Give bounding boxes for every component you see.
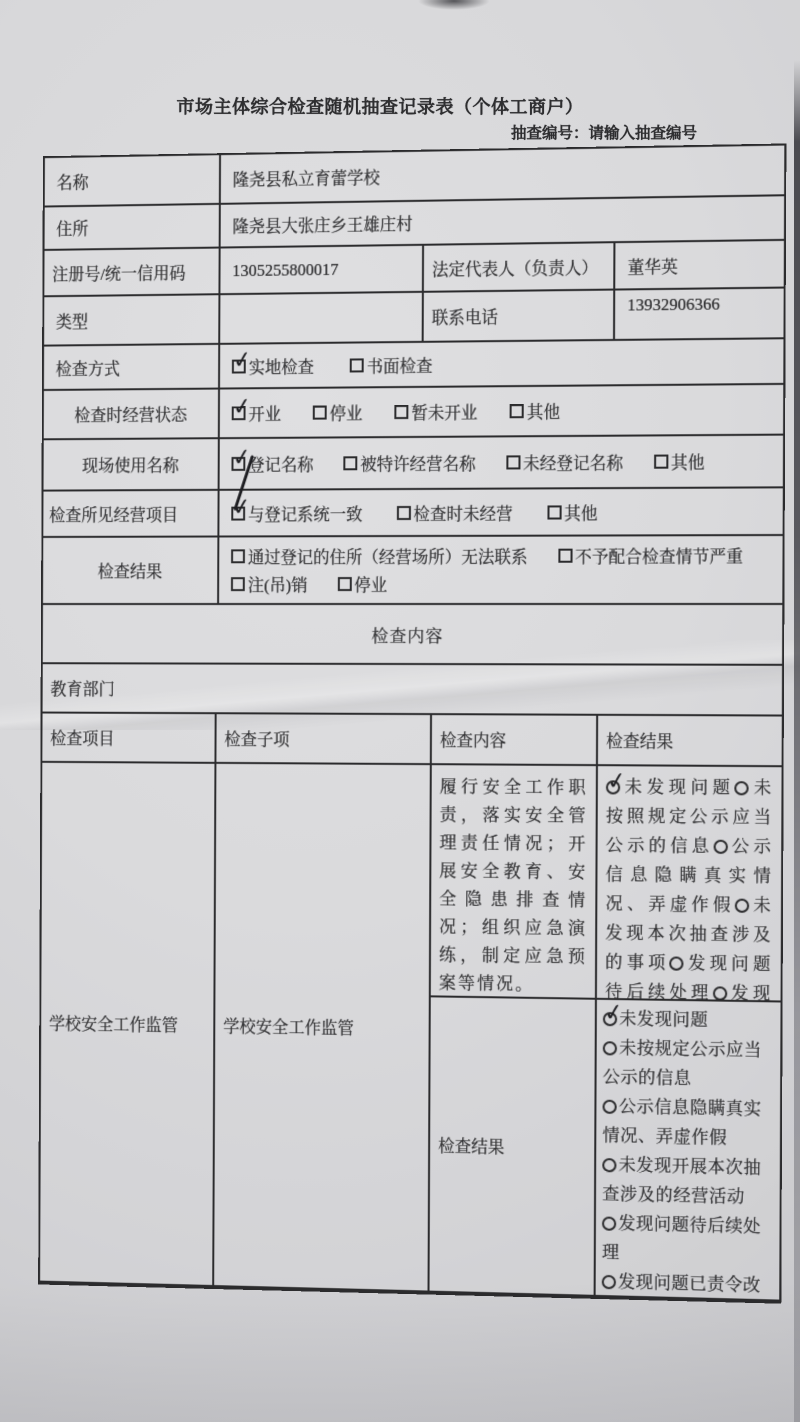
result-bottom-cell: ✓未发现问题 ✓未按规定公示应当公示的信息 ✓公示信息隐瞒真实情况、弄虚作假 ✓… [596,1000,781,1300]
checkbox-icon: ✓ [232,406,246,420]
row-check-method: 检查方式 ✓实地检查 ✓书面检查 [44,339,784,391]
header-text: 检查项目 [50,725,114,749]
field-name-value: 隆尧县私立育蕾学校 [221,146,785,203]
value-text: 1305255800017 [232,259,338,280]
row-name-in-use: 现场使用名称 ✓登记名称 ✓被特许经营名称 ✓未经登记名称 ✓其他 [43,436,783,492]
business-items-options: ✓与登记系统一致 ✓检查时未经营 ✓其他 [219,488,782,535]
radio-circle-icon: ✓ [735,899,749,913]
field-type-value [220,293,424,343]
checkbox-icon: ✓ [232,359,246,373]
result-label-cell: 检查结果 [430,997,595,1294]
checkbox-option-unreachable: ✓通过登记的住所（经营场所）无法联系 [231,544,528,569]
radio-label: 发现问题待后续处理 [602,1214,761,1262]
content-text: 履行安全工作职责，落实安全管理责任情况；开展安全教育、安全隐患排查情况；组织应急… [439,777,588,994]
result-label-text: 检查结果 [438,1132,504,1157]
checkbox-icon: ✓ [396,505,410,519]
overall-result-options: ✓通过登记的住所（经营场所）无法联系 ✓不予配合检查情节严重 ✓注(吊)销 ✓停… [219,536,783,603]
paper-shadow [0,1282,800,1422]
label-text: 类型 [56,309,88,333]
field-regno-value: 1305255800017 [220,246,424,293]
checkbox-option-not-operating: ✓检查时未经营 [396,500,512,524]
checkbox-option-franchise-name: ✓被特许经营名称 [343,451,475,476]
label-text: 现场使用名称 [82,452,179,476]
checkbox-icon: ✓ [337,577,351,591]
radio-option: ✓未发现开展本次抽查涉及的经营活动 [602,1150,774,1212]
value-text: 隆尧县大张庄乡王雄庄村 [232,211,412,238]
checkbox-option-notopen: ✓暂未开业 [394,399,477,424]
row-table-headers: 检查项目 检查子项 检查内容 检查结果 [42,714,781,768]
photo-smudge [418,0,490,10]
serial-number: 抽查编号：请输入抽查编号 [511,121,697,143]
field-type-label: 类型 [44,295,220,344]
field-legalrep-label: 法定代表人（负责人） [424,243,616,291]
label-text: 检查所见经营项目 [49,501,178,525]
result-top-cell: ✓未发现问题✓未按照规定公示应当公示的信息✓公示信息隐瞒真实情况、弄虚作假✓未发… [597,766,782,1002]
checkbox-icon: ✓ [394,405,408,419]
header-check-item: 检查项目 [42,714,216,762]
name-in-use-label: 现场使用名称 [44,439,220,489]
checkbox-option-deregistered: ✓注(吊)销 [231,572,308,596]
label-text: 名称 [56,169,88,193]
options-group: ✓实地检查 ✓书面检查 [232,352,433,378]
radio-circle-icon: ✓ [603,1041,617,1055]
item-text: 学校安全工作监管 [49,1010,178,1036]
radio-circle-icon: ✓ [713,840,727,854]
radio-circle-icon: ✓ [735,781,749,795]
options-group: ✓登记名称 ✓被特许经营名称 ✓未经登记名称 ✓其他 [231,449,704,476]
checkbox-icon: ✓ [350,358,364,372]
checkbox-label: 检查时未经营 [413,500,512,524]
checkbox-option-other: ✓其他 [547,500,598,524]
checkbox-label: 与登记系统一致 [248,501,363,525]
checkbox-option-suspended: ✓停业 [337,572,387,596]
radio-option: ✓未发现问题 [606,777,735,797]
form-title: 市场主体综合检查随机抽查记录表（个体工商户） [0,93,760,119]
business-items-label: 检查所见经营项目 [43,491,219,536]
radio-label: 发现问题已责令改 [618,1272,761,1295]
row-overall-result: 检查结果 ✓通过登记的住所（经营场所）无法联系 ✓不予配合检查情节严重 ✓注(吊… [43,536,783,605]
field-address-value: 隆尧县大张庄乡王雄庄村 [221,196,784,246]
pen-check-mark: ✓ [231,395,253,420]
checkbox-label: 暂未开业 [411,399,477,424]
value-text: 13932906366 [627,294,720,315]
radio-label: 未发现问题 [622,777,735,797]
pen-check-mark: ✓ [606,769,631,795]
row-content-header: 检查内容 [43,605,783,666]
radio-label: 未发现问题 [619,1009,708,1030]
radio-label: 未发现开展本次抽查涉及的经营活动 [602,1155,761,1206]
label-text: 检查方式 [56,355,120,379]
checkbox-icon: ✓ [231,549,245,563]
header-text: 检查子项 [224,726,289,750]
pen-check-mark: ✓ [232,348,254,373]
checkbox-label: 注(吊)销 [248,572,308,596]
radio-circle-icon: ✓ [603,1012,617,1026]
inspection-form-table: 名称 隆尧县私立育蕾学校 住所 隆尧县大张庄乡王雄庄村 注册号/统一信用码 13… [38,143,786,1303]
checkbox-icon: ✓ [654,455,668,469]
checkbox-option-noncooperation: ✓不予配合检查情节严重 [558,543,743,568]
field-name-label: 名称 [45,155,221,205]
subitem-text: 学校安全工作监管 [223,1013,354,1039]
check-content-column: 履行安全工作职责，落实安全管理责任情况；开展安全教育、安全隐患排查情况；组织应急… [430,765,598,1295]
photo-edge-shadow [794,60,800,1422]
radio-circle-icon: ✓ [606,780,620,794]
checkbox-icon: ✓ [231,457,245,471]
checkbox-label: 登记名称 [248,452,313,476]
header-text: 检查内容 [440,727,506,751]
checkbox-icon: ✓ [343,456,357,470]
radio-label: 公示信息隐瞒真实情况、弄虚作假 [602,1097,761,1148]
checkbox-option-consistent: ✓与登记系统一致 [231,501,362,525]
checkbox-label: 其他 [527,399,560,423]
operating-status-options: ✓开业 ✓停业 ✓暂未开业 ✓其他 [220,385,783,437]
document-photo: 市场主体综合检查随机抽查记录表（个体工商户） 抽查编号：请输入抽查编号 名称 隆… [0,0,800,1422]
overall-result-label: 检查结果 [43,537,219,603]
check-item-cell: 学校安全工作监管 [40,763,216,1285]
name-in-use-options: ✓登记名称 ✓被特许经营名称 ✓未经登记名称 ✓其他 [220,436,783,489]
header-check-subitem: 检查子项 [216,714,432,763]
checkbox-label: 未经登记名称 [523,450,623,475]
radio-label: 未按规定公示应当公示的信息 [603,1038,762,1088]
department-cell: 教育部门 [43,664,782,714]
label-text: 注册号/统一信用码 [52,259,186,284]
checkbox-label: 实地检查 [249,353,314,377]
checkbox-option-registered-name: ✓登记名称 [231,452,313,476]
row-operating-status: 检查时经营状态 ✓开业 ✓停业 ✓暂未开业 ✓其他 [44,385,784,440]
checkbox-option-closed: ✓停业 [313,400,363,424]
checkbox-label: 通过登记的住所（经营场所）无法联系 [248,544,528,569]
checkbox-icon: ✓ [558,549,572,563]
checkbox-icon: ✓ [231,577,245,591]
check-subitem-cell: 学校安全工作监管 [214,764,432,1291]
check-method-label: 检查方式 [44,345,220,389]
checkbox-option-written: ✓书面检查 [350,352,433,377]
pen-check-mark: ✓ [602,1001,625,1026]
field-address-label: 住所 [45,205,221,249]
check-method-options: ✓实地检查 ✓书面检查 [220,339,783,387]
checkbox-icon: ✓ [313,406,327,420]
radio-circle-icon: ✓ [670,956,684,970]
row-school-safety: 学校安全工作监管 学校安全工作监管 履行安全工作职责，落实安全管理责任情况；开展… [40,763,781,1302]
options-line-1: ✓通过登记的住所（经营场所）无法联系 ✓不予配合检查情节严重 [231,543,743,568]
checkbox-icon: ✓ [506,455,520,469]
field-phone-value: 13932906366 [615,289,784,339]
label-text: 检查时经营状态 [74,402,187,427]
checkbox-label: 书面检查 [367,352,433,377]
radio-circle-icon: ✓ [603,1100,617,1114]
label-text: 法定代表人（负责人） [432,254,598,280]
row-type-phone: 类型 联系电话 13932906366 [44,289,784,347]
radio-option: ✓公示信息隐瞒真实情况、弄虚作假 [602,1092,774,1154]
radio-option: ✓未发现问题 [603,1004,774,1036]
header-check-content: 检查内容 [432,715,598,764]
row-regno-legalrep: 注册号/统一信用码 1305255800017 法定代表人（负责人） 董华英 [44,241,784,297]
field-legalrep-value: 董华英 [615,241,784,289]
label-text: 住所 [56,216,88,240]
label-text: 检查结果 [98,558,163,582]
checkbox-label: 不予配合检查情节严重 [575,543,743,568]
radio-circle-icon: ✓ [602,1158,616,1172]
operating-status-label: 检查时经营状态 [44,390,220,439]
value-text: 董华英 [627,253,677,278]
checkbox-option-open: ✓开业 [232,401,281,425]
checkbox-option-unregistered-name: ✓未经登记名称 [506,450,623,475]
header-check-result: 检查结果 [598,716,782,765]
value-text: 隆尧县私立育蕾学校 [233,164,380,190]
content-section-header: 检查内容 [43,605,783,664]
radio-option: ✓发现问题已责令改 [602,1267,773,1300]
serial-number-placeholder: 请输入抽查编号 [588,125,697,142]
options-group: ✓开业 ✓停业 ✓暂未开业 ✓其他 [232,399,560,425]
serial-number-label: 抽查编号： [511,125,589,142]
checkbox-option-other: ✓其他 [510,399,561,423]
check-content-cell: 履行安全工作职责，落实安全管理责任情况；开展安全教育、安全隐患排查情况；组织应急… [431,765,596,1000]
radio-option: ✓未按规定公示应当公示的信息 [603,1033,775,1095]
checkbox-label: 停业 [354,572,387,596]
label-text: 检查内容 [371,621,443,646]
radio-circle-icon: ✓ [602,1275,616,1289]
checkbox-label: 开业 [248,401,281,425]
checkbox-option-other: ✓其他 [654,449,705,474]
checkbox-label: 停业 [330,400,363,424]
field-phone-label: 联系电话 [424,291,616,341]
radio-option: ✓发现问题待后续处理 [602,1208,774,1271]
checkbox-icon: ✓ [510,404,524,418]
checkbox-label: 其他 [671,449,705,473]
checkbox-option-onsite: ✓实地检查 [232,353,314,378]
row-business-items: 检查所见经营项目 ✓与登记系统一致 ✓检查时未经营 ✓其他 [43,488,783,538]
department-text: 教育部门 [50,676,114,700]
check-result-column: ✓未发现问题✓未按照规定公示应当公示的信息✓公示信息隐瞒真实情况、弄虚作假✓未发… [596,766,782,1299]
radio-circle-icon: ✓ [602,1216,616,1230]
label-text: 联系电话 [432,304,498,329]
row-department: 教育部门 [43,664,782,716]
header-text: 检查结果 [606,728,673,753]
radio-circle-icon: ✓ [713,986,727,1000]
options-line-2: ✓注(吊)销 ✓停业 [231,572,387,596]
checkbox-label: 其他 [564,500,597,524]
checkbox-icon: ✓ [547,505,561,519]
field-regno-label: 注册号/统一信用码 [44,249,220,296]
options-group: ✓与登记系统一致 ✓检查时未经营 ✓其他 [231,500,597,525]
checkbox-label: 被特许经营名称 [360,451,476,476]
